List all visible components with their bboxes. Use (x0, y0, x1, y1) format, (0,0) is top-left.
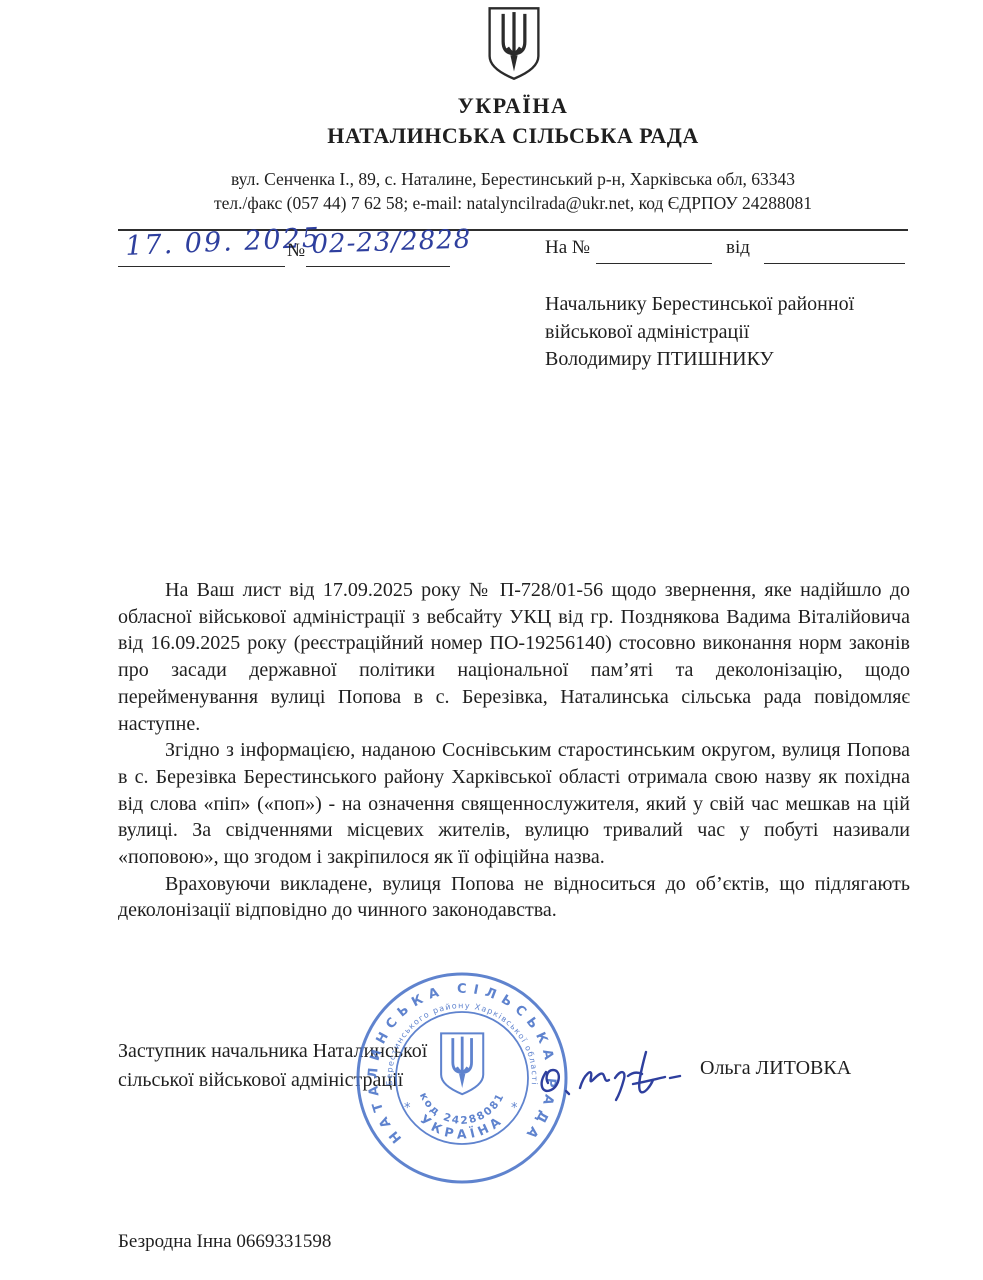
executor-contact: Безродна Інна 0669331598 (118, 1231, 331, 1253)
outgoing-number-label: № (287, 240, 305, 262)
outgoing-date-underline (118, 266, 285, 267)
incoming-number-label: На № (545, 237, 590, 259)
signer-name: Ольга ЛИТОВКА (700, 1057, 851, 1080)
recipient-line-1: Начальнику Берестинської районної (545, 291, 920, 319)
stamp-asterisk-left: * (404, 1101, 411, 1116)
outgoing-number-underline (306, 266, 450, 267)
recipient-line-3: Володимиру ПТИШНИКУ (545, 346, 920, 374)
stamp-tryzub-icon (441, 1033, 483, 1094)
letter-body: На Ваш лист від 17.09.2025 року № П-728/… (118, 577, 910, 924)
letterhead-address: вул. Сенченка І., 89, с. Наталине, Берес… (118, 169, 908, 190)
letterhead-contacts: тел./факс (057 44) 7 62 58; e-mail: nata… (118, 193, 908, 214)
letterhead-organization: НАТАЛИНСЬКА СІЛЬСЬКА РАДА (118, 123, 908, 149)
letterhead-country: УКРАЇНА (118, 93, 908, 119)
ukraine-tryzub-emblem-icon (486, 2, 542, 85)
recipient-block: Начальнику Берестинської районної військ… (545, 291, 920, 374)
outgoing-number-handwritten: 02-23/2828 (311, 224, 472, 260)
stamp-asterisk-right: * (511, 1101, 518, 1116)
incoming-date-blank (764, 263, 905, 264)
incoming-number-blank (596, 263, 712, 264)
handwritten-signature (532, 1032, 682, 1110)
body-paragraph-2: Згідно з інформацією, наданою Соснівськи… (118, 737, 910, 871)
body-paragraph-3: Враховуючи викладене, вулиця Попова не в… (118, 871, 910, 924)
body-paragraph-1: На Ваш лист від 17.09.2025 року № П-728/… (118, 577, 910, 737)
scanned-letter-page: УКРАЇНА НАТАЛИНСЬКА СІЛЬСЬКА РАДА вул. С… (0, 0, 983, 1280)
incoming-date-label: від (726, 237, 750, 259)
recipient-line-2: військової адміністрації (545, 319, 920, 347)
